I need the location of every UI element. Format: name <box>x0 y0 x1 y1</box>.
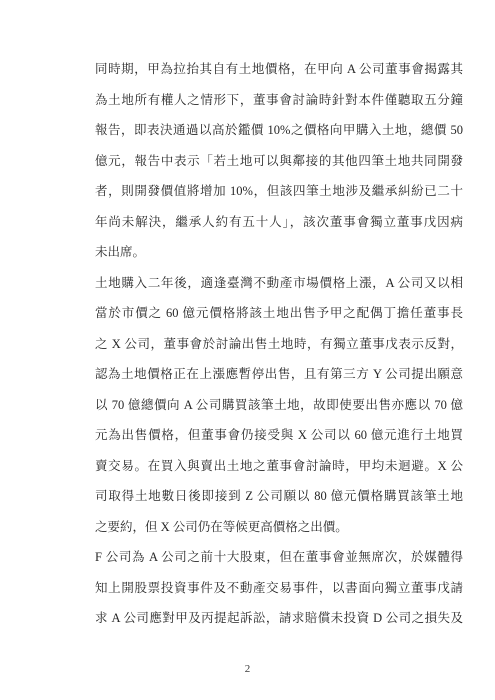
text-line: 之 X 公司，董事會於討論出售土地時，有獨立董事戊表示反對， <box>95 329 463 360</box>
page-number: 2 <box>0 663 495 675</box>
text-line: 同時期，甲為拉抬其自有土地價格，在甲向 A 公司董事會揭露其 <box>95 54 463 85</box>
text-line: 年尚未解決，繼承人約有五十人」，該次董事會獨立董事戊因病 <box>95 207 463 238</box>
text-line: 當於市價之 60 億元價格將該土地出售予甲之配偶丁擔任董事長 <box>95 298 463 329</box>
text-line: 元為出售價格，但董事會仍接受與 X 公司以 60 億元進行土地買 <box>95 420 463 451</box>
text-line: 者，則開發價值將增加 10%，但該四筆土地涉及繼承糾紛已二十 <box>95 176 463 207</box>
text-line: 之要約，但 X 公司仍在等候更高價格之出價。 <box>95 512 463 543</box>
text-line: 億元，報告中表示「若土地可以與鄰接的其他四筆土地共同開發 <box>95 146 463 177</box>
text-line: 賣交易。在買入與賣出土地之董事會討論時，甲均未迴避。X 公 <box>95 451 463 482</box>
text-line: 知上開股票投資事件及不動產交易事件，以書面向獨立董事戊請 <box>95 573 463 604</box>
text-line: 以 70 億總價向 A 公司購買該筆土地，故即使要出售亦應以 70 億 <box>95 390 463 421</box>
text-line: 未出席。 <box>95 237 463 268</box>
body-text: 同時期，甲為拉抬其自有土地價格，在甲向 A 公司董事會揭露其為土地所有權人之情形… <box>95 54 463 634</box>
text-line: F 公司為 A 公司之前十大股東，但在董事會並無席次，於媒體得 <box>95 542 463 573</box>
text-line: 報告，即表決通過以高於鑑價 10%之價格向甲購入土地，總價 50 <box>95 115 463 146</box>
document-page: 同時期，甲為拉抬其自有土地價格，在甲向 A 公司董事會揭露其為土地所有權人之情形… <box>0 0 495 700</box>
text-line: 司取得土地數日後即接到 Z 公司願以 80 億元價格購買該筆土地 <box>95 481 463 512</box>
text-line: 為土地所有權人之情形下，董事會討論時針對本件僅聽取五分鐘 <box>95 85 463 116</box>
text-line: 認為土地價格正在上漲應暫停出售，且有第三方 Y 公司提出願意 <box>95 359 463 390</box>
text-line: 土地購入二年後，適逢臺灣不動產市場價格上漲，A 公司又以相 <box>95 268 463 299</box>
text-line: 求 A 公司應對甲及丙提起訴訟，請求賠償未投資 D 公司之損失及 <box>95 603 463 634</box>
